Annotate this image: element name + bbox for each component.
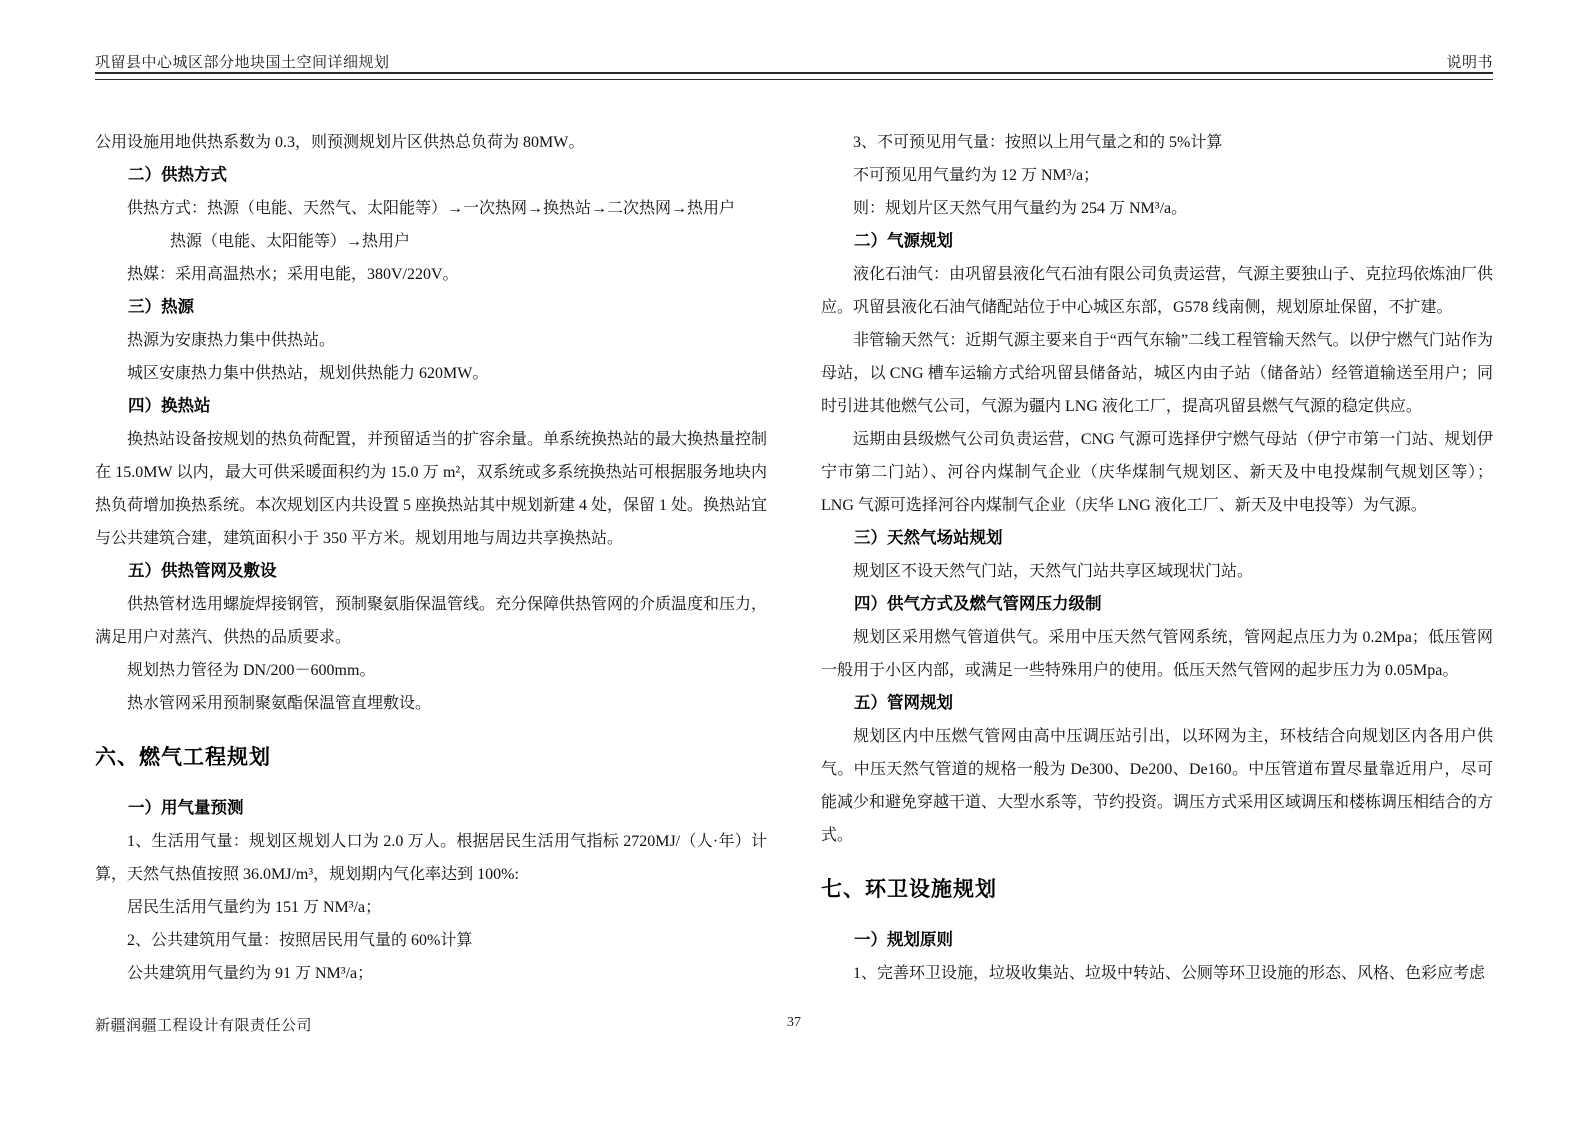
paragraph: 规划区内中压燃气管网由高中压调压站引出，以环网为主，环枝结合向规划区内各用户供气… [821, 720, 1493, 852]
header-doc-type: 说明书 [1446, 51, 1493, 72]
page-header: 巩留县中心城区部分地块国土空间详细规划 说明书 [95, 48, 1493, 72]
chapter-heading: 六、燃气工程规划 [95, 736, 767, 780]
right-text-column: 3、不可预见用气量：按照以上用气量之和的 5%计算不可预见用气量约为 12 万 … [821, 126, 1493, 990]
section-heading: 三）热源 [95, 291, 767, 324]
paragraph: 规划区采用燃气管道供气。采用中压天然气管网系统，管网起点压力为 0.2Mpa；低… [821, 621, 1493, 687]
paragraph: 非管输天然气：近期气源主要来自于“西气东输”二线工程管输天然气。以伊宁燃气门站作… [821, 324, 1493, 423]
paragraph: 3、不可预见用气量：按照以上用气量之和的 5%计算 [821, 126, 1493, 159]
paragraph: 远期由县级燃气公司负责运营，CNG 气源可选择伊宁燃气母站（伊宁市第一门站、规划… [821, 423, 1493, 522]
paragraph: 热水管网采用预制聚氨酯保温管直埋敷设。 [95, 687, 767, 720]
paragraph: 则：规划片区天然气用气量约为 254 万 NM³/a。 [821, 192, 1493, 225]
paragraph: 居民生活用气量约为 151 万 NM³/a； [95, 891, 767, 924]
paragraph: 液化石油气：由巩留县液化气石油有限公司负责运营，气源主要独山子、克拉玛依炼油厂供… [821, 258, 1493, 324]
section-heading: 三）天然气场站规划 [821, 522, 1493, 555]
paragraph: 供热方式：热源（电能、天然气、太阳能等）→一次热网→换热站→二次热网→热用户 [95, 192, 767, 225]
header-doc-title: 巩留县中心城区部分地块国土空间详细规划 [95, 51, 390, 72]
page-number: 37 [95, 1015, 1493, 1031]
document-page: 巩留县中心城区部分地块国土空间详细规划 说明书 公用设施用地供热系数为 0.3，… [0, 0, 1587, 1122]
paragraph: 1、生活用气量：规划区规划人口为 2.0 万人。根据居民生活用气指标 2720M… [95, 825, 767, 891]
paragraph: 公共建筑用气量约为 91 万 NM³/a； [95, 957, 767, 990]
section-heading: 五）管网规划 [821, 687, 1493, 720]
paragraph: 2、公共建筑用气量：按照居民用气量的 60%计算 [95, 924, 767, 957]
section-heading: 一）用气量预测 [95, 792, 767, 825]
paragraph: 规划热力管径为 DN/200－600mm。 [95, 654, 767, 687]
paragraph: 公用设施用地供热系数为 0.3，则预测规划片区供热总负荷为 80MW。 [95, 126, 767, 159]
paragraph: 热媒：采用高温热水；采用电能，380V/220V。 [95, 258, 767, 291]
paragraph: 供热管材选用螺旋焊接钢管，预制聚氨脂保温管线。充分保障供热管网的介质温度和压力，… [95, 588, 767, 654]
paragraph: 规划区不设天然气门站，天然气门站共享区域现状门站。 [821, 555, 1493, 588]
section-heading: 四）供气方式及燃气管网压力级制 [821, 588, 1493, 621]
paragraph: 1、完善环卫设施，垃圾收集站、垃圾中转站、公厕等环卫设施的形态、风格、色彩应考虑 [821, 957, 1493, 990]
paragraph: 热源为安康热力集中供热站。 [95, 324, 767, 357]
paragraph: 热源（电能、太阳能等）→热用户 [95, 225, 767, 258]
paragraph: 城区安康热力集中供热站，规划供热能力 620MW。 [95, 357, 767, 390]
left-text-column: 公用设施用地供热系数为 0.3，则预测规划片区供热总负荷为 80MW。二）供热方… [95, 126, 767, 990]
section-heading: 二）供热方式 [95, 159, 767, 192]
section-heading: 四）换热站 [95, 390, 767, 423]
section-heading: 二）气源规划 [821, 225, 1493, 258]
paragraph: 不可预见用气量约为 12 万 NM³/a； [821, 159, 1493, 192]
page-footer: 新疆润疆工程设计有限责任公司 37 [95, 1014, 1493, 1036]
header-double-rule [95, 72, 1493, 80]
paragraph: 换热站设备按规划的热负荷配置，并预留适当的扩容余量。单系统换热站的最大换热量控制… [95, 423, 767, 555]
section-heading: 五）供热管网及敷设 [95, 555, 767, 588]
chapter-heading: 七、环卫设施规划 [821, 868, 1493, 912]
section-heading: 一）规划原则 [821, 924, 1493, 957]
